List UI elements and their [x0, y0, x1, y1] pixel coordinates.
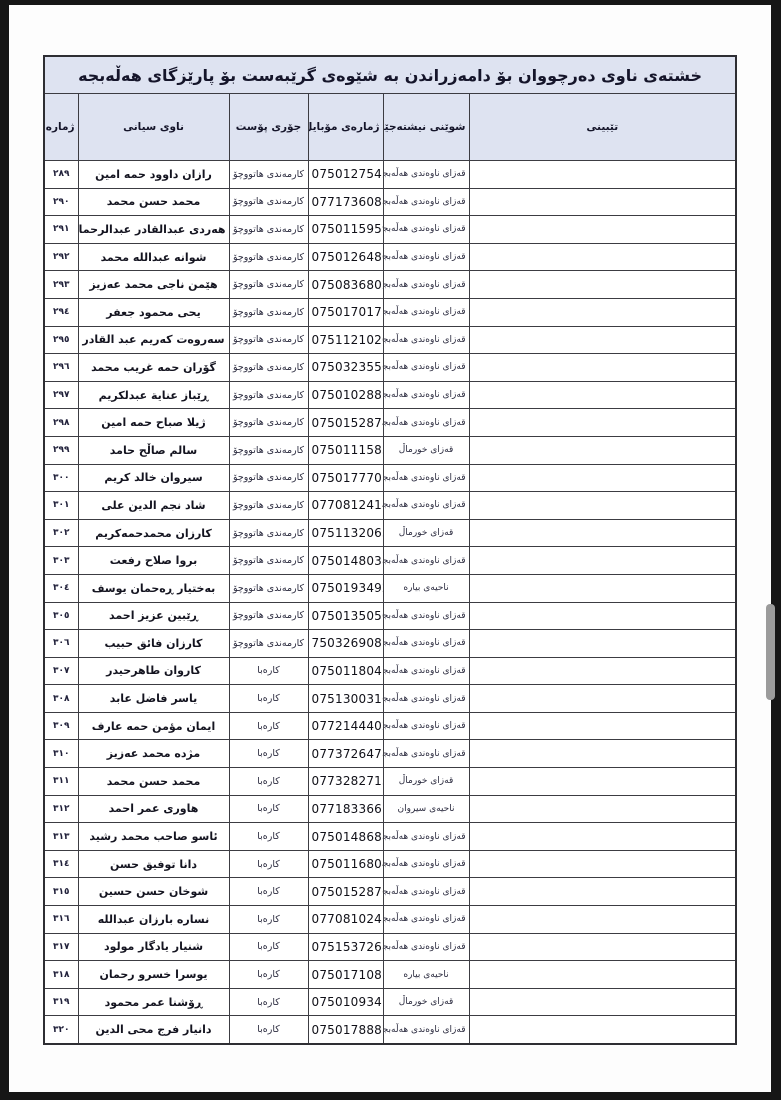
cell-number: ٣٠٦	[44, 630, 78, 658]
cell-number: ٣١١	[44, 768, 78, 796]
cell-name: شاد نجم الدین علی	[78, 492, 229, 520]
cell-residence: قەزای ناوەندی هەڵەبجە	[383, 326, 469, 354]
cell-residence: قەزای ناوەندی هەڵەبجە	[383, 933, 469, 961]
table-row: ٢٩١هەردی عبدالقادر عبدالرحمانکارمەندی ها…	[44, 216, 736, 244]
cell-residence: قەزای خورماڵ	[383, 519, 469, 547]
cell-residence: قەزای ناوەندی هەڵەبجە	[383, 188, 469, 216]
table-row: ٣١٥شوخان حسن حسینکارەبا07501528760قەزای …	[44, 878, 736, 906]
cell-number: ٢٩٩	[44, 436, 78, 464]
cell-notes	[469, 878, 736, 906]
table-row: ٢٨٩رازان داوود حمه امینکارمەندی هاتووچۆ0…	[44, 161, 736, 189]
cell-name: هێمن ناجی محمد عەزیز	[78, 271, 229, 299]
cell-post: کارمەندی هاتووچۆ	[229, 602, 308, 630]
cell-number: ٢٩٦	[44, 354, 78, 382]
cell-mobile: 07501480384	[308, 547, 383, 575]
cell-post: کارمەندی هاتووچۆ	[229, 326, 308, 354]
cell-notes	[469, 216, 736, 244]
cell-name: دانا توفیق حسن	[78, 850, 229, 878]
cell-mobile: 07501788878	[308, 1016, 383, 1044]
cell-notes	[469, 547, 736, 575]
cell-name: هەردی عبدالقادر عبدالرحمان	[78, 216, 229, 244]
cell-mobile: 07717360885	[308, 188, 383, 216]
table-row: ٣١٩ڕۆشنا عمر محمودکارەبا07501093472قەزای…	[44, 988, 736, 1016]
table-row: ٣٢٠دانیار فرج محی الدینکارەبا07501788878…	[44, 1016, 736, 1044]
cell-residence: قەزای ناوەندی هەڵەبجە	[383, 271, 469, 299]
cell-number: ٢٩٤	[44, 298, 78, 326]
cell-mobile: 07515372685	[308, 933, 383, 961]
cell-residence: قەزای ناوەندی هەڵەبجە	[383, 298, 469, 326]
cell-number: ٣٢٠	[44, 1016, 78, 1044]
cell-residence: قەزای ناوەندی هەڵەبجە	[383, 464, 469, 492]
cell-notes	[469, 464, 736, 492]
cell-notes	[469, 436, 736, 464]
cell-number: ٣١٥	[44, 878, 78, 906]
cell-post: کارمەندی هاتووچۆ	[229, 547, 308, 575]
cell-number: ٣٠٥	[44, 602, 78, 630]
cell-notes	[469, 602, 736, 630]
column-header-post: جۆری پۆست	[229, 94, 308, 161]
cell-mobile: 07503235566	[308, 354, 383, 382]
cell-number: ٢٩٠	[44, 188, 78, 216]
cell-mobile: 07501528742	[308, 409, 383, 437]
cell-post: کارمەندی هاتووچۆ	[229, 188, 308, 216]
cell-residence: قەزای ناوەندی هەڵەبجە	[383, 602, 469, 630]
table-row: ٣٠٥ڕێبین عزیز احمدکارمەندی هاتووچۆ075013…	[44, 602, 736, 630]
cell-residence: قەزای ناوەندی هەڵەبجە	[383, 492, 469, 520]
cell-post: کارەبا	[229, 740, 308, 768]
table-row: ٣٠٨یاسر فاضل عابدکارەبا07513003161قەزای …	[44, 685, 736, 713]
cell-number: ٣٠١	[44, 492, 78, 520]
table-row: ٣٠٩ایمان مؤمن حمه عارفکارەبا07721444022ق…	[44, 712, 736, 740]
cell-post: کارمەندی هاتووچۆ	[229, 464, 308, 492]
cell-mobile: 7503269087	[308, 630, 383, 658]
cell-number: ٣١٩	[44, 988, 78, 1016]
cell-residence: قەزای ناوەندی هەڵەبجە	[383, 381, 469, 409]
cell-post: کارمەندی هاتووچۆ	[229, 574, 308, 602]
cell-name: دانیار فرج محی الدین	[78, 1016, 229, 1044]
cell-number: ٣١٦	[44, 906, 78, 934]
cell-name: شوخان حسن حسین	[78, 878, 229, 906]
cell-notes	[469, 298, 736, 326]
table-row: ٢٩٤یحی محمود جعفرکارمەندی هاتووچۆ0750170…	[44, 298, 736, 326]
cell-mobile: 07501934924	[308, 574, 383, 602]
cell-post: کارەبا	[229, 823, 308, 851]
cell-notes	[469, 492, 736, 520]
table-row: ٢٩٩سالم صاڵح حامدکارمەندی هاتووچۆ0750111…	[44, 436, 736, 464]
cell-post: کارمەندی هاتووچۆ	[229, 381, 308, 409]
table-row: ٣٠٢کارزان محمدحمەکریمکارمەندی هاتووچۆ075…	[44, 519, 736, 547]
cell-residence: قەزای ناوەندی هەڵەبجە	[383, 161, 469, 189]
cell-name: ڕۆشنا عمر محمود	[78, 988, 229, 1016]
cell-name: سیروان خالد کریم	[78, 464, 229, 492]
cell-notes	[469, 768, 736, 796]
scrollbar-thumb[interactable]	[766, 604, 775, 700]
cell-number: ٣١٧	[44, 933, 78, 961]
cell-post: کارمەندی هاتووچۆ	[229, 216, 308, 244]
table-row: ٣٠٣بروا صلاح رفعتکارمەندی هاتووچۆ0750148…	[44, 547, 736, 575]
cell-mobile: 07511210203	[308, 326, 383, 354]
cell-name: شنیار یادگار مولود	[78, 933, 229, 961]
cell-number: ٣١٤	[44, 850, 78, 878]
cell-mobile: 07501350503	[308, 602, 383, 630]
table-row: ٣١٤دانا توفیق حسنکارەبا07501168042قەزای …	[44, 850, 736, 878]
cell-mobile: 07501528760	[308, 878, 383, 906]
cell-post: کارەبا	[229, 906, 308, 934]
cell-notes	[469, 823, 736, 851]
cell-post: کارەبا	[229, 878, 308, 906]
cell-residence: قەزای ناوەندی هەڵەبجە	[383, 547, 469, 575]
table-row: ٢٩٢شوانه عبدالله محمدکارمەندی هاتووچۆ075…	[44, 243, 736, 271]
cell-notes	[469, 409, 736, 437]
cell-notes	[469, 906, 736, 934]
cell-number: ٣٠٠	[44, 464, 78, 492]
cell-post: کارەبا	[229, 988, 308, 1016]
cell-post: کارەبا	[229, 850, 308, 878]
cell-post: کارمەندی هاتووچۆ	[229, 436, 308, 464]
cell-mobile: 07501486880	[308, 823, 383, 851]
cell-notes	[469, 630, 736, 658]
cell-notes	[469, 657, 736, 685]
cell-mobile: 07511320639	[308, 519, 383, 547]
table-row: ٢٩٥سەروەت کەریم عبد القادرکارمەندی هاتوو…	[44, 326, 736, 354]
cell-number: ٣١٣	[44, 823, 78, 851]
cell-name: ژیلا صباح حمه امین	[78, 409, 229, 437]
cell-name: گۆران حمه غریب محمد	[78, 354, 229, 382]
table-row: ٣٠٠سیروان خالد کریمکارمەندی هاتووچۆ07501…	[44, 464, 736, 492]
cell-notes	[469, 961, 736, 989]
column-header-residence: شوێنی نیشتەجێبوون	[383, 94, 469, 161]
cell-mobile: 07501777013	[308, 464, 383, 492]
cell-residence: ناحیەی سیروان	[383, 795, 469, 823]
table-row: ٣١٦نساره بارزان عبداللهکارەبا07708102458…	[44, 906, 736, 934]
table-row: ٣١٣ئاسو صاحب محمد رشیدکارەبا07501486880ق…	[44, 823, 736, 851]
cell-name: ایمان مؤمن حمه عارف	[78, 712, 229, 740]
cell-mobile: 07508368020	[308, 271, 383, 299]
cell-number: ٣٠٨	[44, 685, 78, 713]
cell-name: ڕێباز عنایة عبدلکریم	[78, 381, 229, 409]
table-row: ٢٩٣هێمن ناجی محمد عەزیزکارمەندی هاتووچۆ0…	[44, 271, 736, 299]
cell-mobile: 07501168042	[308, 850, 383, 878]
cell-mobile: 07501275451	[308, 161, 383, 189]
graduates-contract-table: خشتەی ناوی دەرچووان بۆ دامەزراندن به شێو…	[43, 55, 737, 1045]
cell-notes	[469, 243, 736, 271]
cell-post: کارمەندی هاتووچۆ	[229, 161, 308, 189]
cell-post: کارەبا	[229, 685, 308, 713]
cell-post: کارمەندی هاتووچۆ	[229, 519, 308, 547]
cell-number: ٢٩٣	[44, 271, 78, 299]
cell-name: محمد حسن محمد	[78, 188, 229, 216]
table-row: ٢٩٠محمد حسن محمدکارمەندی هاتووچۆ07717360…	[44, 188, 736, 216]
column-header-number: ژماره	[44, 94, 78, 161]
cell-residence: قەزای خورماڵ	[383, 436, 469, 464]
cell-residence: قەزای خورماڵ	[383, 988, 469, 1016]
cell-number: ٣٠٧	[44, 657, 78, 685]
cell-mobile: 07501028873	[308, 381, 383, 409]
cell-notes	[469, 1016, 736, 1044]
cell-residence: قەزای خورماڵ	[383, 768, 469, 796]
cell-name: محمد حسن محمد	[78, 768, 229, 796]
cell-mobile: 07513003161	[308, 685, 383, 713]
cell-notes	[469, 685, 736, 713]
cell-residence: قەزای ناوەندی هەڵەبجە	[383, 878, 469, 906]
cell-residence: قەزای ناوەندی هەڵەبجە	[383, 657, 469, 685]
table-row: ٣٠٧کاروان طاهرحیدرکارەبا07501180470قەزای…	[44, 657, 736, 685]
cell-notes	[469, 188, 736, 216]
table-row: ٢٩٦گۆران حمه غریب محمدکارمەندی هاتووچۆ07…	[44, 354, 736, 382]
column-header-name: ناوی سیانی	[78, 94, 229, 161]
cell-mobile: 07501180470	[308, 657, 383, 685]
cell-residence: ناحیەی بیاره	[383, 961, 469, 989]
cell-post: کارەبا	[229, 768, 308, 796]
cell-post: کارەبا	[229, 712, 308, 740]
cell-name: مژده محمد عەزیز	[78, 740, 229, 768]
cell-mobile: 07501701713	[308, 298, 383, 326]
table-row: ٣٠٦کارزان فائق حبیبکارمەندی هاتووچۆ75032…	[44, 630, 736, 658]
cell-post: کارەبا	[229, 961, 308, 989]
cell-residence: قەزای ناوەندی هەڵەبجە	[383, 630, 469, 658]
cell-number: ٢٩٧	[44, 381, 78, 409]
cell-post: کارمەندی هاتووچۆ	[229, 630, 308, 658]
cell-residence: قەزای ناوەندی هەڵەبجە	[383, 906, 469, 934]
table-title: خشتەی ناوی دەرچووان بۆ دامەزراندن به شێو…	[44, 56, 736, 94]
cell-notes	[469, 574, 736, 602]
cell-post: کارەبا	[229, 657, 308, 685]
table-row: ٢٩٨ژیلا صباح حمه امینکارمەندی هاتووچۆ075…	[44, 409, 736, 437]
cell-notes	[469, 740, 736, 768]
cell-notes	[469, 354, 736, 382]
cell-name: بەختیار ڕەحمان یوسف	[78, 574, 229, 602]
cell-name: ڕێبین عزیز احمد	[78, 602, 229, 630]
cell-number: ٣٠٢	[44, 519, 78, 547]
cell-residence: قەزای ناوەندی هەڵەبجە	[383, 740, 469, 768]
cell-number: ٣٠٩	[44, 712, 78, 740]
table-row: ٣٠١شاد نجم الدین علیکارمەندی هاتووچۆ0770…	[44, 492, 736, 520]
cell-notes	[469, 271, 736, 299]
table-row: ٣١٠مژده محمد عەزیزکارەبا07737264788قەزای…	[44, 740, 736, 768]
cell-notes	[469, 519, 736, 547]
cell-number: ٢٩٢	[44, 243, 78, 271]
cell-name: سالم صاڵح حامد	[78, 436, 229, 464]
cell-residence: ناحیەی بیاره	[383, 574, 469, 602]
cell-residence: قەزای ناوەندی هەڵەبجە	[383, 850, 469, 878]
cell-mobile: 07718336616	[308, 795, 383, 823]
document-page: خشتەی ناوی دەرچووان بۆ دامەزراندن به شێو…	[9, 5, 771, 1092]
table-header-row: ژمارهناوی سیانیجۆری پۆستژمارەی مۆبایلشوێ…	[44, 94, 736, 161]
column-header-notes: تێبینی	[469, 94, 736, 161]
cell-residence: قەزای ناوەندی هەڵەبجە	[383, 409, 469, 437]
cell-mobile: 07501115851	[308, 436, 383, 464]
cell-mobile: 07501159592	[308, 216, 383, 244]
cell-name: کارزان فائق حبیب	[78, 630, 229, 658]
cell-name: ئاسو صاحب محمد رشید	[78, 823, 229, 851]
cell-number: ٣١٨	[44, 961, 78, 989]
cell-post: کارەبا	[229, 795, 308, 823]
cell-name: سەروەت کەریم عبد القادر	[78, 326, 229, 354]
cell-number: ٣١٢	[44, 795, 78, 823]
cell-number: ٢٩٥	[44, 326, 78, 354]
document-viewer: خشتەی ناوی دەرچووان بۆ دامەزراندن به شێو…	[0, 0, 781, 1100]
cell-name: رازان داوود حمه امین	[78, 161, 229, 189]
table-row: ٣١٨یوسرا خسرو رحمانکارەبا07501710813ناحی…	[44, 961, 736, 989]
table-title-row: خشتەی ناوی دەرچووان بۆ دامەزراندن به شێو…	[44, 56, 736, 94]
cell-residence: قەزای ناوەندی هەڵەبجە	[383, 1016, 469, 1044]
cell-name: یوسرا خسرو رحمان	[78, 961, 229, 989]
cell-post: کارمەندی هاتووچۆ	[229, 354, 308, 382]
cell-number: ٢٩١	[44, 216, 78, 244]
cell-mobile: 07732827134	[308, 768, 383, 796]
cell-residence: قەزای ناوەندی هەڵەبجە	[383, 823, 469, 851]
table-row: ٢٩٧ڕێباز عنایة عبدلکریمکارمەندی هاتووچۆ0…	[44, 381, 736, 409]
cell-name: کاروان طاهرحیدر	[78, 657, 229, 685]
column-header-mobile: ژمارەی مۆبایل	[308, 94, 383, 161]
cell-name: یاسر فاضل عابد	[78, 685, 229, 713]
cell-name: بروا صلاح رفعت	[78, 547, 229, 575]
cell-post: کارمەندی هاتووچۆ	[229, 409, 308, 437]
cell-notes	[469, 850, 736, 878]
cell-post: کارمەندی هاتووچۆ	[229, 492, 308, 520]
cell-post: کارمەندی هاتووچۆ	[229, 243, 308, 271]
cell-notes	[469, 326, 736, 354]
cell-name: نساره بارزان عبدالله	[78, 906, 229, 934]
cell-mobile: 07737264788	[308, 740, 383, 768]
table-row: ٣٠٤بەختیار ڕەحمان یوسفکارمەندی هاتووچۆ07…	[44, 574, 736, 602]
cell-name: یحی محمود جعفر	[78, 298, 229, 326]
cell-notes	[469, 795, 736, 823]
cell-notes	[469, 161, 736, 189]
cell-mobile: 07501710813	[308, 961, 383, 989]
cell-number: ٣٠٣	[44, 547, 78, 575]
cell-residence: قەزای ناوەندی هەڵەبجە	[383, 685, 469, 713]
cell-residence: قەزای ناوەندی هەڵەبجە	[383, 216, 469, 244]
cell-post: کارەبا	[229, 933, 308, 961]
cell-name: کارزان محمدحمەکریم	[78, 519, 229, 547]
cell-notes	[469, 712, 736, 740]
cell-name: هاوری عمر احمد	[78, 795, 229, 823]
cell-post: کارمەندی هاتووچۆ	[229, 271, 308, 299]
table-row: ٣١٢هاوری عمر احمدکارەبا07718336616ناحیەی…	[44, 795, 736, 823]
table-row: ٣١٧شنیار یادگار مولودکارەبا07515372685قە…	[44, 933, 736, 961]
cell-mobile: 07501264801	[308, 243, 383, 271]
cell-number: ٣٠٤	[44, 574, 78, 602]
cell-number: ٣١٠	[44, 740, 78, 768]
cell-mobile: 07501093472	[308, 988, 383, 1016]
cell-mobile: 07708124141	[308, 492, 383, 520]
cell-post: کارمەندی هاتووچۆ	[229, 298, 308, 326]
cell-mobile: 07721444022	[308, 712, 383, 740]
cell-mobile: 07708102458	[308, 906, 383, 934]
cell-residence: قەزای ناوەندی هەڵەبجە	[383, 712, 469, 740]
cell-residence: قەزای ناوەندی هەڵەبجە	[383, 243, 469, 271]
cell-notes	[469, 988, 736, 1016]
cell-number: ٢٨٩	[44, 161, 78, 189]
cell-notes	[469, 933, 736, 961]
cell-name: شوانه عبدالله محمد	[78, 243, 229, 271]
table-row: ٣١١محمد حسن محمدکارەبا07732827134قەزای خ…	[44, 768, 736, 796]
cell-number: ٢٩٨	[44, 409, 78, 437]
cell-post: کارەبا	[229, 1016, 308, 1044]
cell-residence: قەزای ناوەندی هەڵەبجە	[383, 354, 469, 382]
cell-notes	[469, 381, 736, 409]
